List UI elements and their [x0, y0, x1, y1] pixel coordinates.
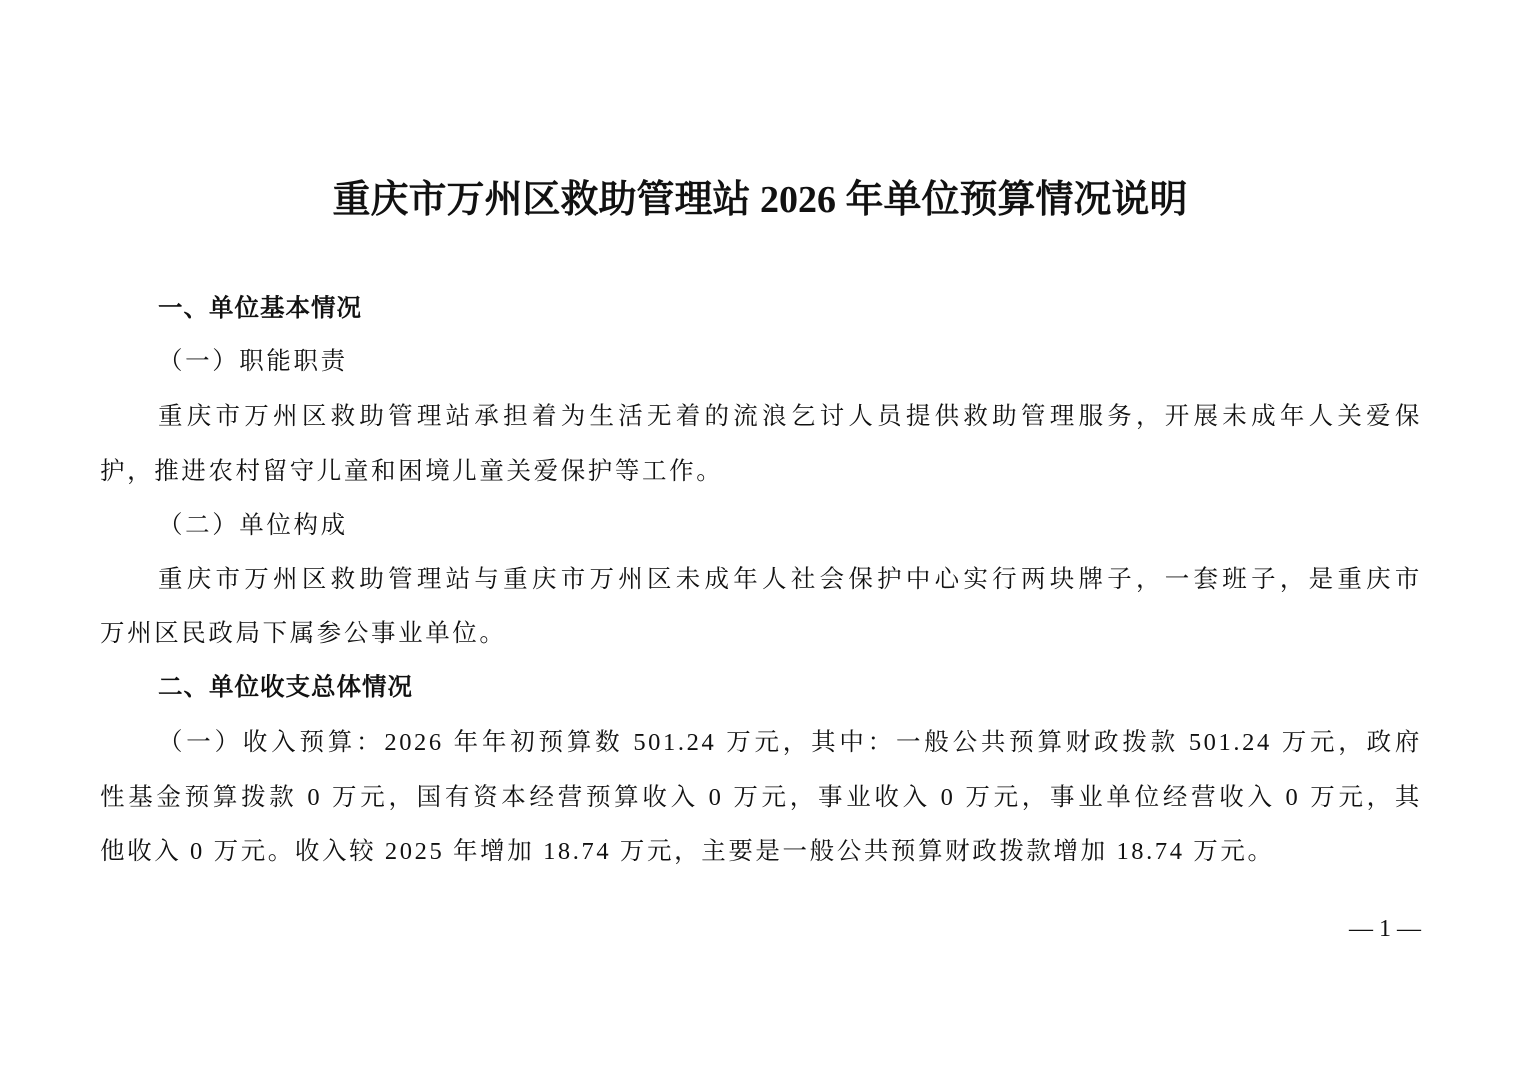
paragraph-composition-line-2: 万州区民政局下属参公事业单位。: [100, 617, 1422, 651]
paragraph-income-line-3: 他收入 0 万元。收入较 2025 年增加 18.74 万元，主要是一般公共预算…: [100, 835, 1422, 869]
paragraph-composition-line-1: 重庆市万州区救助管理站与重庆市万州区未成年人社会保护中心实行两块牌子，一套班子，…: [158, 563, 1422, 597]
subsection-heading-composition: （二）单位构成: [158, 509, 1422, 543]
document-page: 重庆市万州区救助管理站 2026 年单位预算情况说明 一、单位基本情况 （一）职…: [0, 0, 1520, 1074]
document-title: 重庆市万州区救助管理站 2026 年单位预算情况说明: [0, 172, 1520, 228]
subsection-heading-functions: （一）职能职责: [158, 345, 1422, 379]
paragraph-functions-line-1: 重庆市万州区救助管理站承担着为生活无着的流浪乞讨人员提供救助管理服务，开展未成年…: [158, 400, 1422, 434]
paragraph-income-line-1: （一）收入预算：2026 年年初预算数 501.24 万元，其中：一般公共预算财…: [158, 726, 1422, 760]
page-number: — 1 —: [1340, 913, 1430, 945]
section-heading-basic-info: 一、单位基本情况: [158, 292, 1422, 326]
paragraph-income-line-2: 性基金预算拨款 0 万元，国有资本经营预算收入 0 万元，事业收入 0 万元，事…: [100, 781, 1422, 815]
section-heading-income-expenditure: 二、单位收支总体情况: [158, 671, 1422, 705]
paragraph-functions-line-2: 护，推进农村留守儿童和困境儿童关爱保护等工作。: [100, 455, 1422, 489]
